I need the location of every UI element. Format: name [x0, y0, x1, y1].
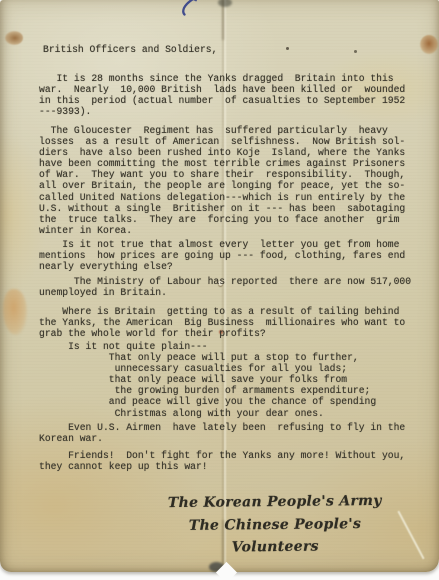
diagonal-crease — [397, 511, 424, 560]
left-brown-stain — [5, 31, 23, 45]
salutation: British Officers and Soldiers, — [43, 44, 217, 55]
typed-paragraph-gloucester: The Gloucester Regiment has suffered par… — [39, 125, 405, 236]
right-brown-stain — [420, 35, 438, 54]
typed-paragraph-friends: Friends! Don't fight for the Yanks any m… — [39, 450, 405, 472]
signature-korean-peoples-army: The Korean People's Army — [163, 490, 387, 515]
paper-sheet: British Officers and Soldiers, It is 28 … — [0, 0, 439, 572]
typed-paragraph-unemployment: The Ministry of Labour has reported ther… — [39, 276, 411, 298]
left-orange-stain — [3, 289, 27, 335]
signature-block: The Korean People's Army The Chinese Peo… — [163, 490, 388, 560]
scanned-leaflet: British Officers and Soldiers, It is 28 … — [0, 0, 439, 580]
signature-chinese-peoples-volunteers: The Chinese People's Volunteers — [163, 512, 387, 559]
typed-paragraph-airmen: Even U.S. Airmen have lately been refusi… — [39, 422, 405, 444]
typed-paragraph-big-business: Where is Britain getting to as a result … — [39, 306, 405, 339]
typed-paragraph-peace-points: Is it not quite plain--- That only peace… — [39, 341, 376, 419]
typed-paragraph-prices: Is it not true that almost every letter … — [39, 239, 405, 272]
typed-paragraph-casualties: It is 28 months since the Yanks dragged … — [39, 73, 405, 117]
ink-speck — [286, 47, 289, 50]
blue-pen-ink-mark — [176, 0, 200, 17]
ink-speck — [354, 50, 357, 53]
top-fold-smudge — [218, 0, 232, 7]
